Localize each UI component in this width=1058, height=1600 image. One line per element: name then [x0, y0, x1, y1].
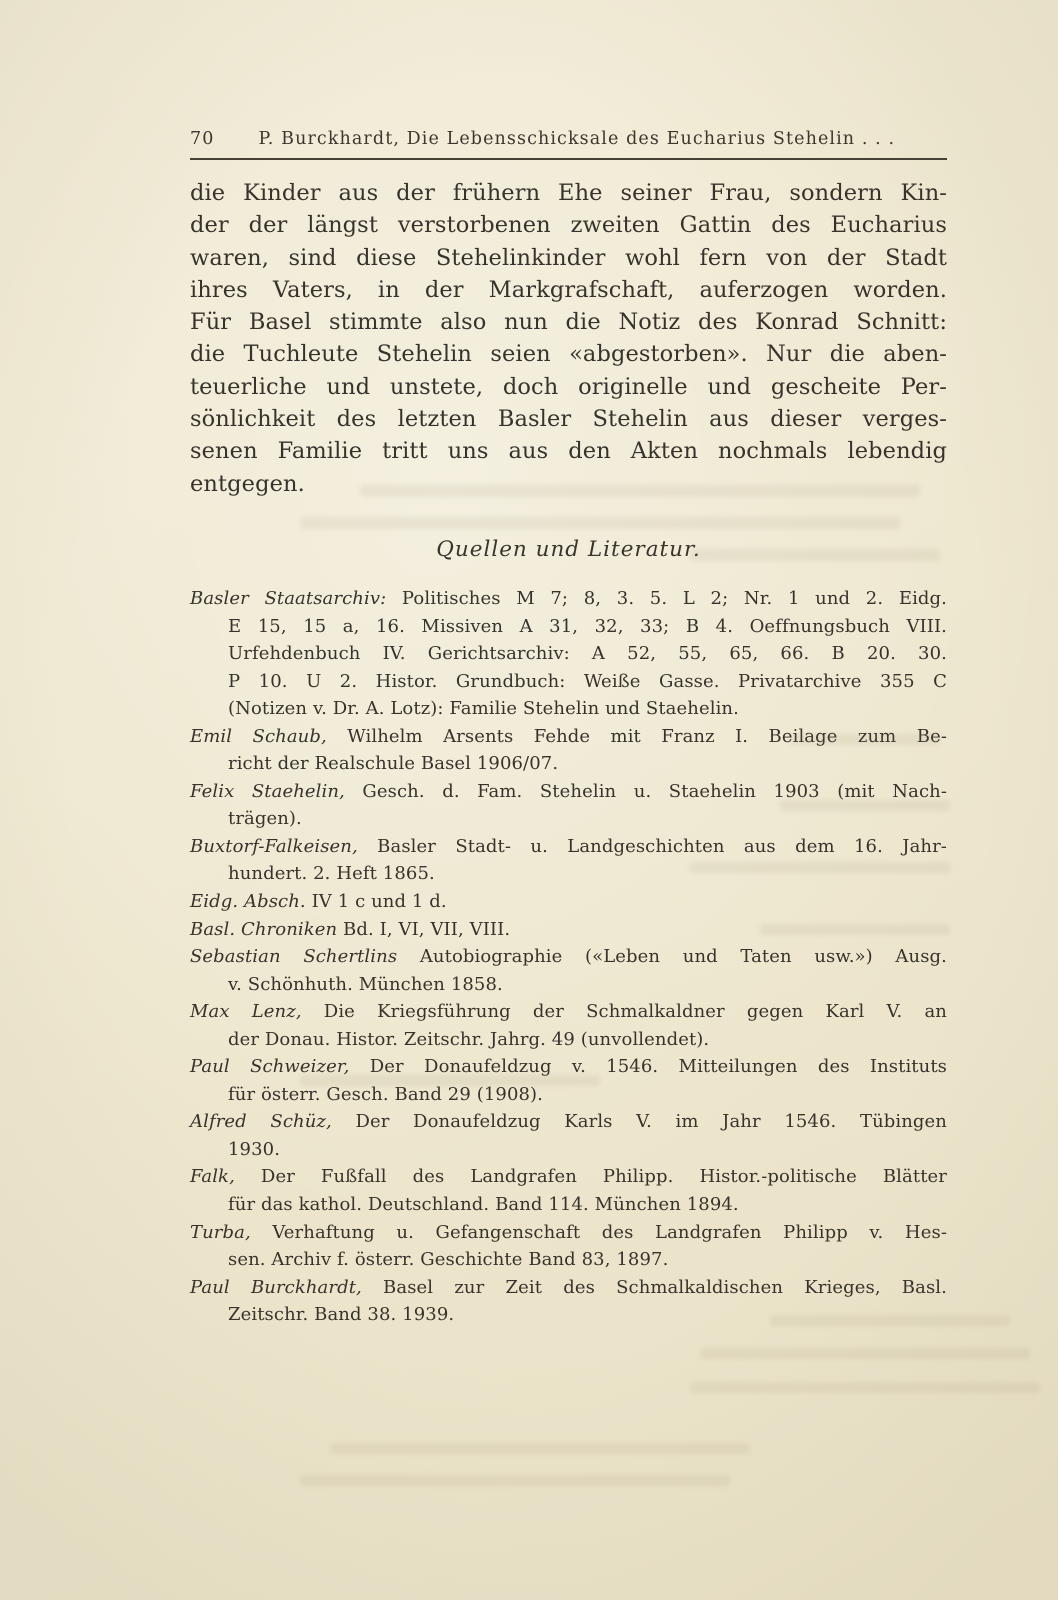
bibliography-entry: Basler Staatsarchiv: Politisches M 7; 8,… [190, 585, 947, 723]
bibliography-entry: Emil Schaub, Wilhelm Arsents Fehde mit F… [190, 723, 947, 778]
bib-author: Alfred Schüz, [190, 1111, 332, 1132]
bib-entry-first-line: Paul Burckhardt, Basel zur Zeit des Schm… [190, 1274, 947, 1302]
bib-entry-first-line: Emil Schaub, Wilhelm Arsents Fehde mit F… [190, 723, 947, 751]
bib-entry-first-line: Turba, Verhaftung u. Gefangenschaft des … [190, 1219, 947, 1247]
bib-text: IV 1 c und 1 d. [312, 891, 447, 912]
bib-entry-first-line: Felix Staehelin, Gesch. d. Fam. Stehelin… [190, 778, 947, 806]
bib-author: Turba, [190, 1222, 251, 1243]
bib-entry-continuation-line: trägen). [190, 805, 947, 833]
paragraph-line: die Tuchleute Stehelin seien «abgestorbe… [190, 338, 947, 370]
paragraph-line: senen Familie tritt uns aus den Akten no… [190, 435, 947, 467]
bib-author: Buxtorf-Falkeisen, [190, 836, 358, 857]
scanned-book-page: 70 P. Burckhardt, Die Lebensschicksale d… [0, 0, 1058, 1600]
bib-author: Falk, [190, 1166, 235, 1187]
bibliography-entry: Alfred Schüz, Der Donaufeldzug Karls V. … [190, 1108, 947, 1163]
bib-entry-continuation-line: Zeitschr. Band 38. 1939. [190, 1301, 947, 1329]
bib-entry-continuation-line: sen. Archiv f. österr. Geschichte Band 8… [190, 1246, 947, 1274]
bib-entry-continuation-line: richt der Realschule Basel 1906/07. [190, 750, 947, 778]
bibliography-entry: Felix Staehelin, Gesch. d. Fam. Stehelin… [190, 778, 947, 833]
bibliography-entry: Paul Schweizer, Der Donaufeldzug v. 1546… [190, 1053, 947, 1108]
paragraph-line: der der längst verstorbenen zweiten Gatt… [190, 209, 947, 241]
paragraph-line: die Kinder aus der frühern Ehe seiner Fr… [190, 177, 947, 209]
bibliography-entry: Turba, Verhaftung u. Gefangenschaft des … [190, 1219, 947, 1274]
bib-entry-first-line: Falk, Der Fußfall des Landgrafen Philipp… [190, 1163, 947, 1191]
paragraph-line: ihres Vaters, in der Markgrafschaft, auf… [190, 274, 947, 306]
bleed-through-mark [300, 1475, 730, 1486]
body-paragraph: die Kinder aus der frühern Ehe seiner Fr… [190, 177, 947, 500]
page-number: 70 [190, 129, 214, 149]
bib-author: Paul Schweizer, [190, 1056, 349, 1077]
bib-author: Eidg. Absch. [190, 891, 306, 912]
paragraph-line: sönlichkeit des letzten Basler Stehelin … [190, 403, 947, 435]
bib-author: Basler Staatsarchiv: [190, 588, 386, 609]
bleed-through-mark [690, 1382, 1040, 1393]
paragraph-line: waren, sind diese Stehelinkinder wohl fe… [190, 242, 947, 274]
bib-text: Verhaftung u. Gefangenschaft des Landgra… [272, 1222, 947, 1243]
bib-author: Basl. Chroniken [190, 919, 337, 940]
bib-author: Emil Schaub, [190, 726, 327, 747]
bib-entry-continuation-line: v. Schönhuth. München 1858. [190, 971, 947, 999]
bib-author: Paul Burckhardt, [190, 1277, 362, 1298]
bib-text: Autobiographie («Leben und Taten usw.») … [420, 946, 947, 967]
page-header: 70 P. Burckhardt, Die Lebensschicksale d… [190, 129, 947, 160]
bleed-through-mark [700, 1348, 1030, 1359]
bib-entry-continuation-line: P 10. U 2. Histor. Grundbuch: Weiße Gass… [190, 668, 947, 696]
running-title: P. Burckhardt, Die Lebensschicksale des … [258, 129, 895, 149]
bib-author: Felix Staehelin, [190, 781, 345, 802]
bib-text: Wilhelm Arsents Fehde mit Franz I. Beila… [347, 726, 947, 747]
bib-text: Die Kriegsführung der Schmalkaldner gege… [324, 1001, 947, 1022]
bib-author: Max Lenz, [190, 1001, 302, 1022]
bib-text: Basel zur Zeit des Schmalkaldischen Krie… [383, 1277, 947, 1298]
bib-entry-continuation-line: der Donau. Histor. Zeitschr. Jahrg. 49 (… [190, 1026, 947, 1054]
bleed-through-mark [300, 517, 900, 529]
bibliography-entry: Eidg. Absch. IV 1 c und 1 d. [190, 888, 947, 916]
bib-text: Politisches M 7; 8, 3. 5. L 2; Nr. 1 und… [402, 588, 947, 609]
bib-entry-first-line: Basl. Chroniken Bd. I, VI, VII, VIII. [190, 916, 947, 944]
bib-text: Gesch. d. Fam. Stehelin u. Staehelin 190… [362, 781, 947, 802]
paragraph-line: Für Basel stimmte also nun die Notiz des… [190, 306, 947, 338]
bib-entry-continuation-line: (Notizen v. Dr. A. Lotz): Familie Stehel… [190, 695, 947, 723]
bib-entry-first-line: Paul Schweizer, Der Donaufeldzug v. 1546… [190, 1053, 947, 1081]
bibliography-entry: Max Lenz, Die Kriegsführung der Schmalka… [190, 998, 947, 1053]
bib-text: Der Donaufeldzug Karls V. im Jahr 1546. … [355, 1111, 947, 1132]
bib-entry-first-line: Eidg. Absch. IV 1 c und 1 d. [190, 888, 947, 916]
bibliography-entry: Sebastian Schertlins Autobiographie («Le… [190, 943, 947, 998]
bib-text: Basler Stadt- u. Landgeschichten aus dem… [377, 836, 947, 857]
paragraph-line: teuerliche und unstete, doch originelle … [190, 371, 947, 403]
bib-text: Der Donaufeldzug v. 1546. Mitteilungen d… [370, 1056, 947, 1077]
bib-entry-first-line: Buxtorf-Falkeisen, Basler Stadt- u. Land… [190, 833, 947, 861]
bib-entry-first-line: Basler Staatsarchiv: Politisches M 7; 8,… [190, 585, 947, 613]
bibliography-entry: Buxtorf-Falkeisen, Basler Stadt- u. Land… [190, 833, 947, 888]
section-heading: Quellen und Literatur. [190, 537, 947, 562]
bleed-through-mark [330, 1443, 750, 1454]
bib-entry-first-line: Alfred Schüz, Der Donaufeldzug Karls V. … [190, 1108, 947, 1136]
paragraph-line: entgegen. [190, 468, 947, 500]
bib-entry-continuation-line: Urfehdenbuch IV. Gerichtsarchiv: A 52, 5… [190, 640, 947, 668]
bib-entry-continuation-line: für österr. Gesch. Band 29 (1908). [190, 1081, 947, 1109]
bibliography-entry: Basl. Chroniken Bd. I, VI, VII, VIII. [190, 916, 947, 944]
bib-entry-continuation-line: für das kathol. Deutschland. Band 114. M… [190, 1191, 947, 1219]
bib-author: Sebastian Schertlins [190, 946, 397, 967]
bib-entry-first-line: Sebastian Schertlins Autobiographie («Le… [190, 943, 947, 971]
bib-entry-continuation-line: hundert. 2. Heft 1865. [190, 860, 947, 888]
bibliography-list: Basler Staatsarchiv: Politisches M 7; 8,… [190, 585, 947, 1329]
bib-entry-first-line: Max Lenz, Die Kriegsführung der Schmalka… [190, 998, 947, 1026]
bibliography-entry: Falk, Der Fußfall des Landgrafen Philipp… [190, 1163, 947, 1218]
bib-text: Der Fußfall des Landgrafen Philipp. Hist… [261, 1166, 947, 1187]
bib-text: Bd. I, VI, VII, VIII. [343, 919, 510, 940]
bib-entry-continuation-line: E 15, 15 a, 16. Missiven A 31, 32, 33; B… [190, 613, 947, 641]
bibliography-entry: Paul Burckhardt, Basel zur Zeit des Schm… [190, 1274, 947, 1329]
bib-entry-continuation-line: 1930. [190, 1136, 947, 1164]
